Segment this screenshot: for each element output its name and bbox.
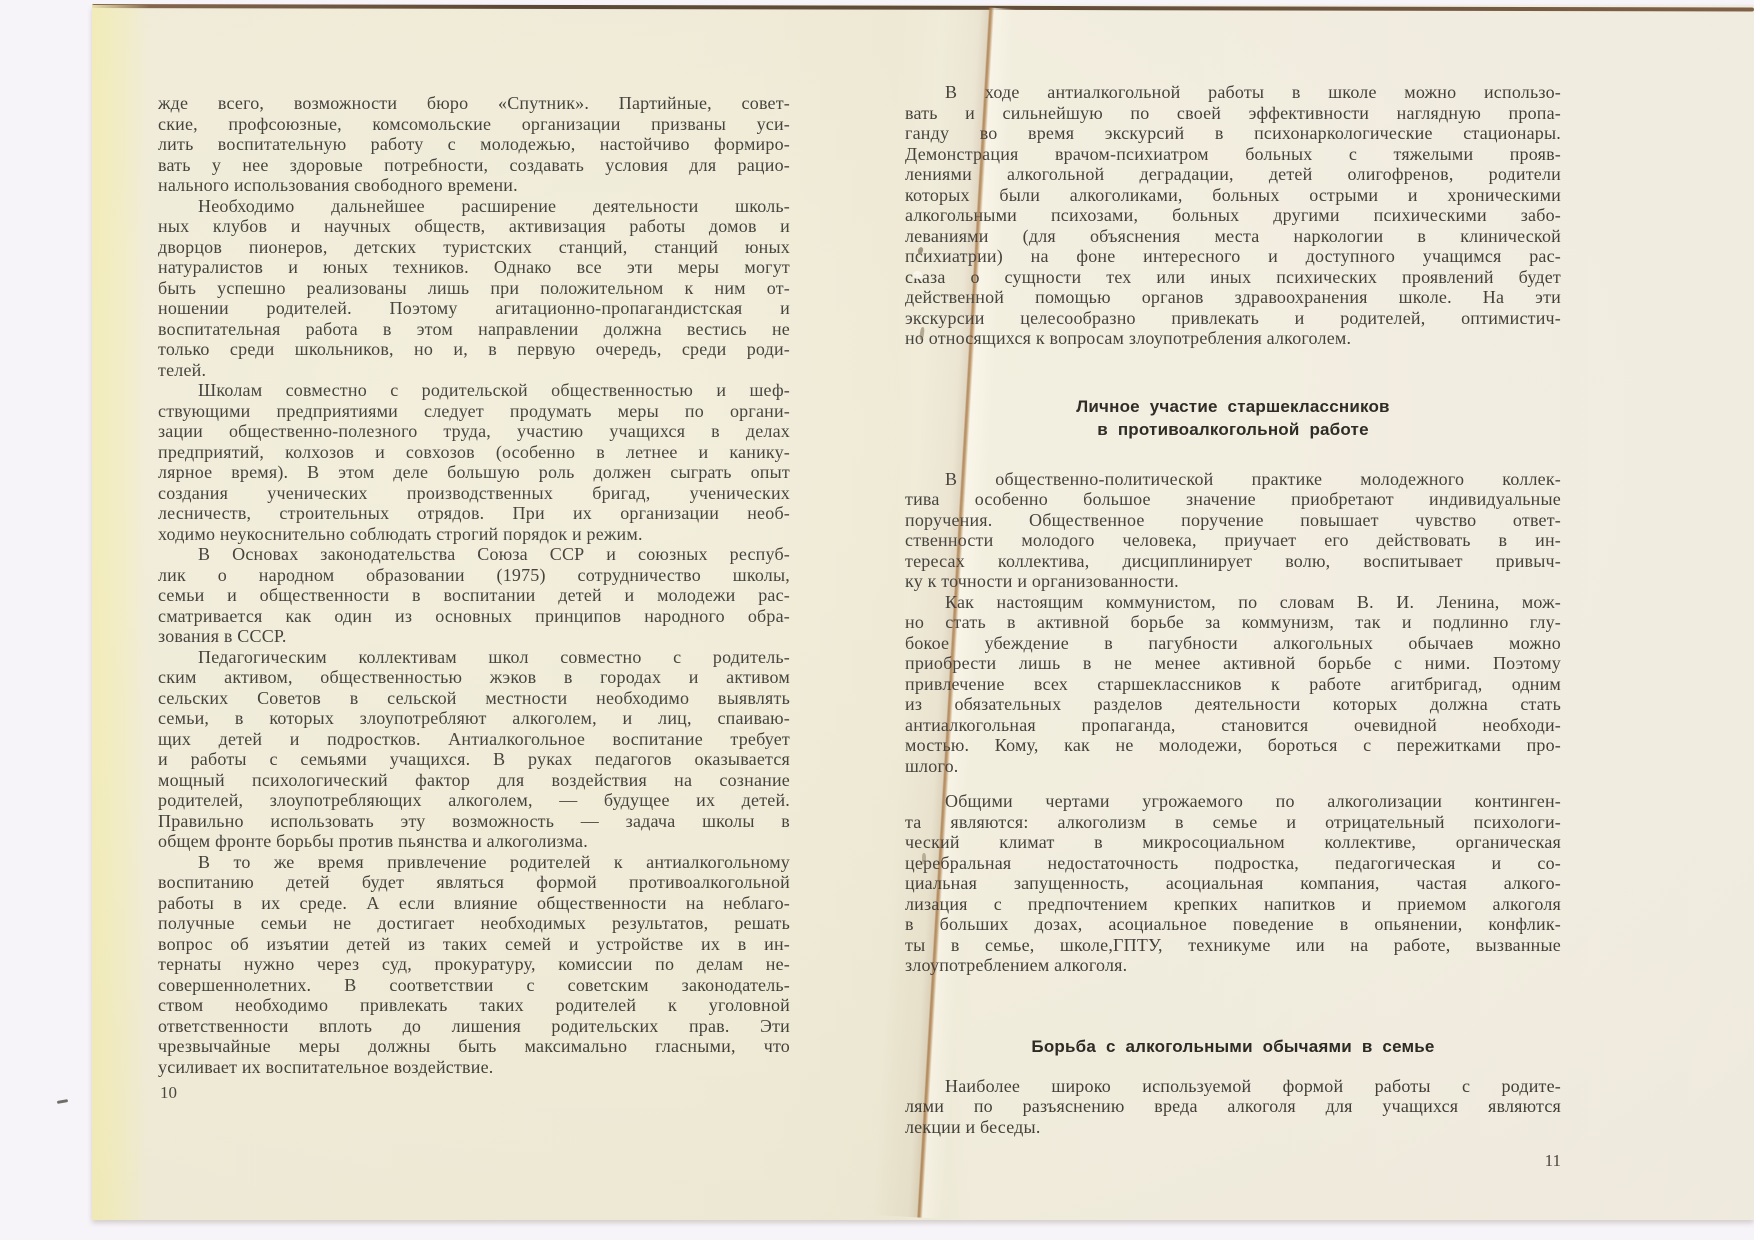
text-line: действенной помощью органов здравоохране… [905,287,1561,308]
text-line: шлого. [905,756,1561,777]
text-line: Демонстрация врачом-психиатром больных с… [905,144,1561,165]
text-line: которых были алкоголиками, больных остры… [905,185,1561,206]
paragraph: Наиболее широко используемой формой рабо… [905,1076,1561,1138]
text-line: злоупотреблением алкоголя. [905,955,1561,976]
text-line: привлечение всех старшеклассников к рабо… [905,674,1561,695]
text-line: поручения. Общественное поручение повыша… [905,510,1561,531]
right-page-text: В ходе антиалкогольной работы в школе мо… [905,82,1561,1137]
scan-background: жде всего, возможности бюро «Спутник». П… [0,0,1754,1240]
text-line: Общими чертами угрожаемого по алкоголиза… [905,791,1561,812]
text-line: в больших дозах, асоциальное поведение в… [905,914,1561,935]
text-line: тересах коллектива, дисциплинирует волю,… [905,551,1561,572]
text-line: сказа о сущности тех или иных психически… [905,267,1561,288]
right-page: В ходе антиалкогольной работы в школе мо… [92,5,1754,1220]
text-line: но стать в активной борьбе за коммунизм,… [905,612,1561,633]
scan-paper-notch [913,271,922,279]
text-line: экскурсии целесообразно привлекать и род… [905,308,1561,329]
text-line: лекции и беседы. [905,1117,1561,1138]
text-line: та являются: алкоголизм в семье и отрица… [905,812,1561,833]
text-line: но относящихся к вопросам злоупотреблени… [905,328,1561,349]
text-line: психиатрии) на фоне интересного и доступ… [905,246,1561,267]
text-line: антиалкогольная пропаганда, становится о… [905,715,1561,736]
text-line: ческий климат в микросоциальном коллекти… [905,832,1561,853]
heading-line: в противоалкогольной работе [905,418,1561,441]
paragraph: Общими чертами угрожаемого по алкоголиза… [905,791,1561,976]
section-heading: Борьба с алкогольными обычаями в семье [905,1035,1561,1058]
scan-speck [57,1099,68,1104]
text-line: В общественно-политической практике моло… [905,469,1561,490]
text-line: Наиболее широко используемой формой рабо… [905,1076,1561,1097]
paragraph: Как настоящим коммунистом, по словам В. … [905,592,1561,777]
book-spread: жде всего, возможности бюро «Спутник». П… [92,5,1754,1220]
text-line: приобрести лишь в не менее активной борь… [905,653,1561,674]
text-line: В ходе антиалкогольной работы в школе мо… [905,82,1561,103]
text-line: бокое убеждение в пагубности алкогольных… [905,633,1561,654]
scan-speck [922,853,926,864]
text-line: ганду во время экскурсий в психонарколог… [905,123,1561,144]
paragraph: В ходе антиалкогольной работы в школе мо… [905,82,1561,349]
heading-line: Борьба с алкогольными обычаями в семье [905,1035,1561,1058]
section-heading: Личное участие старшеклассниковв противо… [905,395,1561,441]
text-line: алкогольными психозами, больных другими … [905,205,1561,226]
text-line: ку к точности и организованности. [905,571,1561,592]
text-line: церебральная недостаточность подростка, … [905,853,1561,874]
text-line: вать и сильнейшую по своей эффективности… [905,103,1561,124]
text-line: из обязательных разделов деятельности ко… [905,694,1561,715]
text-line: мостью. Кому, как не молодежи, бороться … [905,735,1561,756]
text-line: Как настоящим коммунистом, по словам В. … [905,592,1561,613]
text-line: лями по разъяснению вреда алкоголя для у… [905,1096,1561,1117]
heading-line: Личное участие старшеклассников [905,395,1561,418]
text-line: ственности молодого человека, приучает е… [905,530,1561,551]
text-line: лениями алкогольной деградации, детей ол… [905,164,1561,185]
paragraph: В общественно-политической практике моло… [905,469,1561,592]
right-page-number: 11 [905,1151,1561,1171]
text-line: ты в семье, школе,ГПТУ, техникуме или на… [905,935,1561,956]
text-line: лизация с предпочтением крепких напитков… [905,894,1561,915]
text-line: циальная запущенность, асоциальная компа… [905,873,1561,894]
text-line: леваниями (для объяснения места нарколог… [905,226,1561,247]
text-line: тива особенно большое значение приобрета… [905,489,1561,510]
